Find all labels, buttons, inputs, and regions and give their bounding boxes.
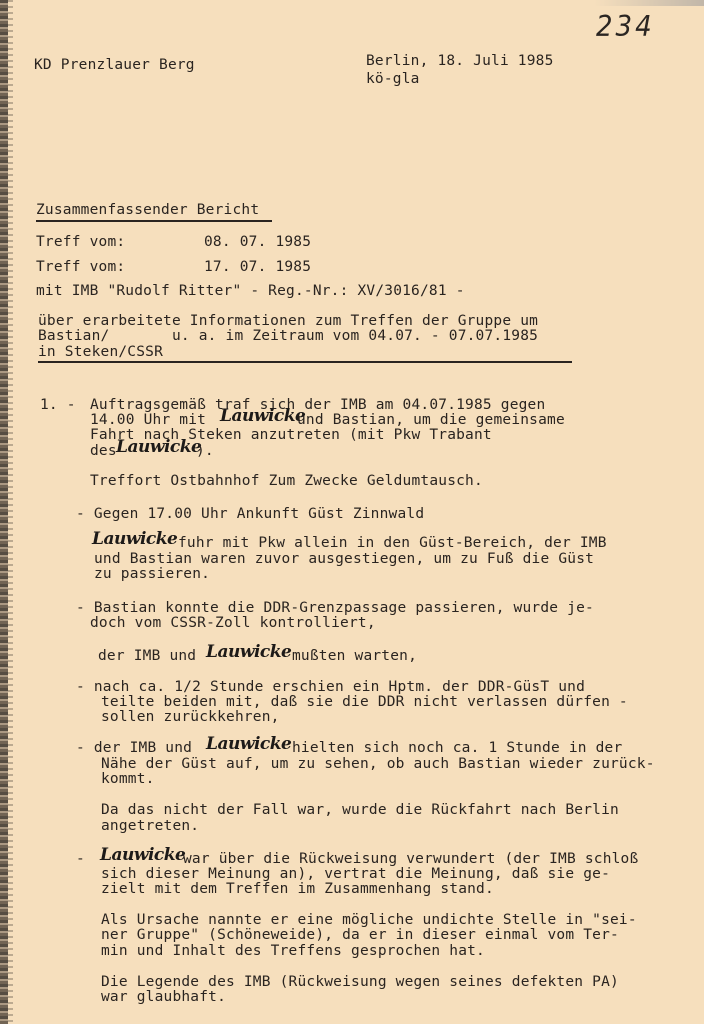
p11-line-1: Als Ursache nannte er eine mögliche undi… <box>101 913 637 928</box>
meeting-label-2: Treff vom: <box>36 260 125 275</box>
p10-line-2: sich dieser Meinung an), vertrat die Mei… <box>101 867 610 882</box>
p4-line-3: zu passieren. <box>94 567 210 582</box>
subject-line-1: über erarbeitete Informationen zum Treff… <box>38 314 538 329</box>
p2: Treffort Ostbahnhof Zum Zwecke Geldumtau… <box>90 474 483 489</box>
p1-line-4b: ). <box>196 444 214 459</box>
subject-line-3: in Steken/CSSR <box>38 345 163 360</box>
report-title: Zusammenfassender Bericht <box>36 203 259 218</box>
p1-line-1: Auftragsgemäß traf sich der IMB am 04.07… <box>90 398 545 413</box>
binding-edge-shadow <box>8 0 13 1024</box>
p10-line-1: war über die Rückweisung verwundert (der… <box>183 852 638 867</box>
p4-line-1: fuhr mit Pkw allein in den Güst-Bereich,… <box>178 536 607 551</box>
p7-line-3: sollen zurückkehren, <box>101 710 280 725</box>
handwritten-page-number: 234 <box>596 11 655 44</box>
p4-line-2: und Bastian waren zuvor ausgestiegen, um… <box>94 552 594 567</box>
item-marker: 1. - <box>40 398 76 413</box>
handwritten-name: Lauwicke <box>206 737 291 752</box>
office-name: KD Prenzlauer Berg <box>34 58 195 73</box>
p8-line-2: Nähe der Güst auf, um zu sehen, ob auch … <box>101 757 655 772</box>
p3: - Gegen 17.00 Uhr Ankunft Güst Zinnwald <box>76 507 424 522</box>
handwritten-name: Lauwicke <box>220 409 305 424</box>
p5-line-2: doch vom CSSR-Zoll kontrolliert, <box>90 616 376 631</box>
p11-line-3: min und Inhalt des Treffens gesprochen h… <box>101 944 485 959</box>
title-underline <box>36 220 272 222</box>
p12-line-2: war glaubhaft. <box>101 990 226 1005</box>
handwritten-name: Lauwicke <box>116 440 201 455</box>
binding-edge <box>0 0 8 1024</box>
subject-line-2: Bastian/ u. a. im Zeitraum vom 04.07. - … <box>38 329 538 344</box>
meeting-date-1: 08. 07. 1985 <box>204 235 311 250</box>
p7-line-2: teilte beiden mit, daß sie die DDR nicht… <box>101 695 628 710</box>
subject-underline <box>38 361 572 363</box>
p12-line-1: Die Legende des IMB (Rückweisung wegen s… <box>101 975 619 990</box>
p1-line-4a: des <box>90 444 117 459</box>
reference-code: kö-gla <box>366 72 420 87</box>
page-corner-shade <box>594 0 704 6</box>
p6-a: der IMB und <box>98 649 196 664</box>
p9-line-1: Da das nicht der Fall war, wurde die Rüc… <box>101 803 619 818</box>
p9-line-2: angetreten. <box>101 819 199 834</box>
p8-line-3: kommt. <box>101 772 155 787</box>
p8-line-1a: - der IMB und <box>76 741 192 756</box>
handwritten-name: Lauwicke <box>206 645 291 660</box>
meeting-label-1: Treff vom: <box>36 235 125 250</box>
p6-b: mußten warten, <box>292 649 417 664</box>
p1-line-2a: 14.00 Uhr mit <box>90 413 206 428</box>
p10-line-3: zielt mit dem Treffen im Zusammenhang st… <box>101 882 494 897</box>
p8-line-1b: hielten sich noch ca. 1 Stunde in der <box>292 741 622 756</box>
p7-line-1: - nach ca. 1/2 Stunde erschien ein Hptm.… <box>76 680 585 695</box>
informant-line: mit IMB "Rudolf Ritter" - Reg.-Nr.: XV/3… <box>36 284 465 299</box>
handwritten-name: Lauwicke <box>92 532 177 547</box>
meeting-date-2: 17. 07. 1985 <box>204 260 311 275</box>
handwritten-name: Lauwicke <box>100 848 185 863</box>
p1-line-2b: und Bastian, um die gemeinsame <box>297 413 565 428</box>
p5-line-1: - Bastian konnte die DDR-Grenzpassage pa… <box>76 601 594 616</box>
p11-line-2: ner Gruppe" (Schöneweide), da er in dies… <box>101 928 619 943</box>
place-date: Berlin, 18. Juli 1985 <box>366 54 554 69</box>
p10-dash: - <box>76 852 85 867</box>
